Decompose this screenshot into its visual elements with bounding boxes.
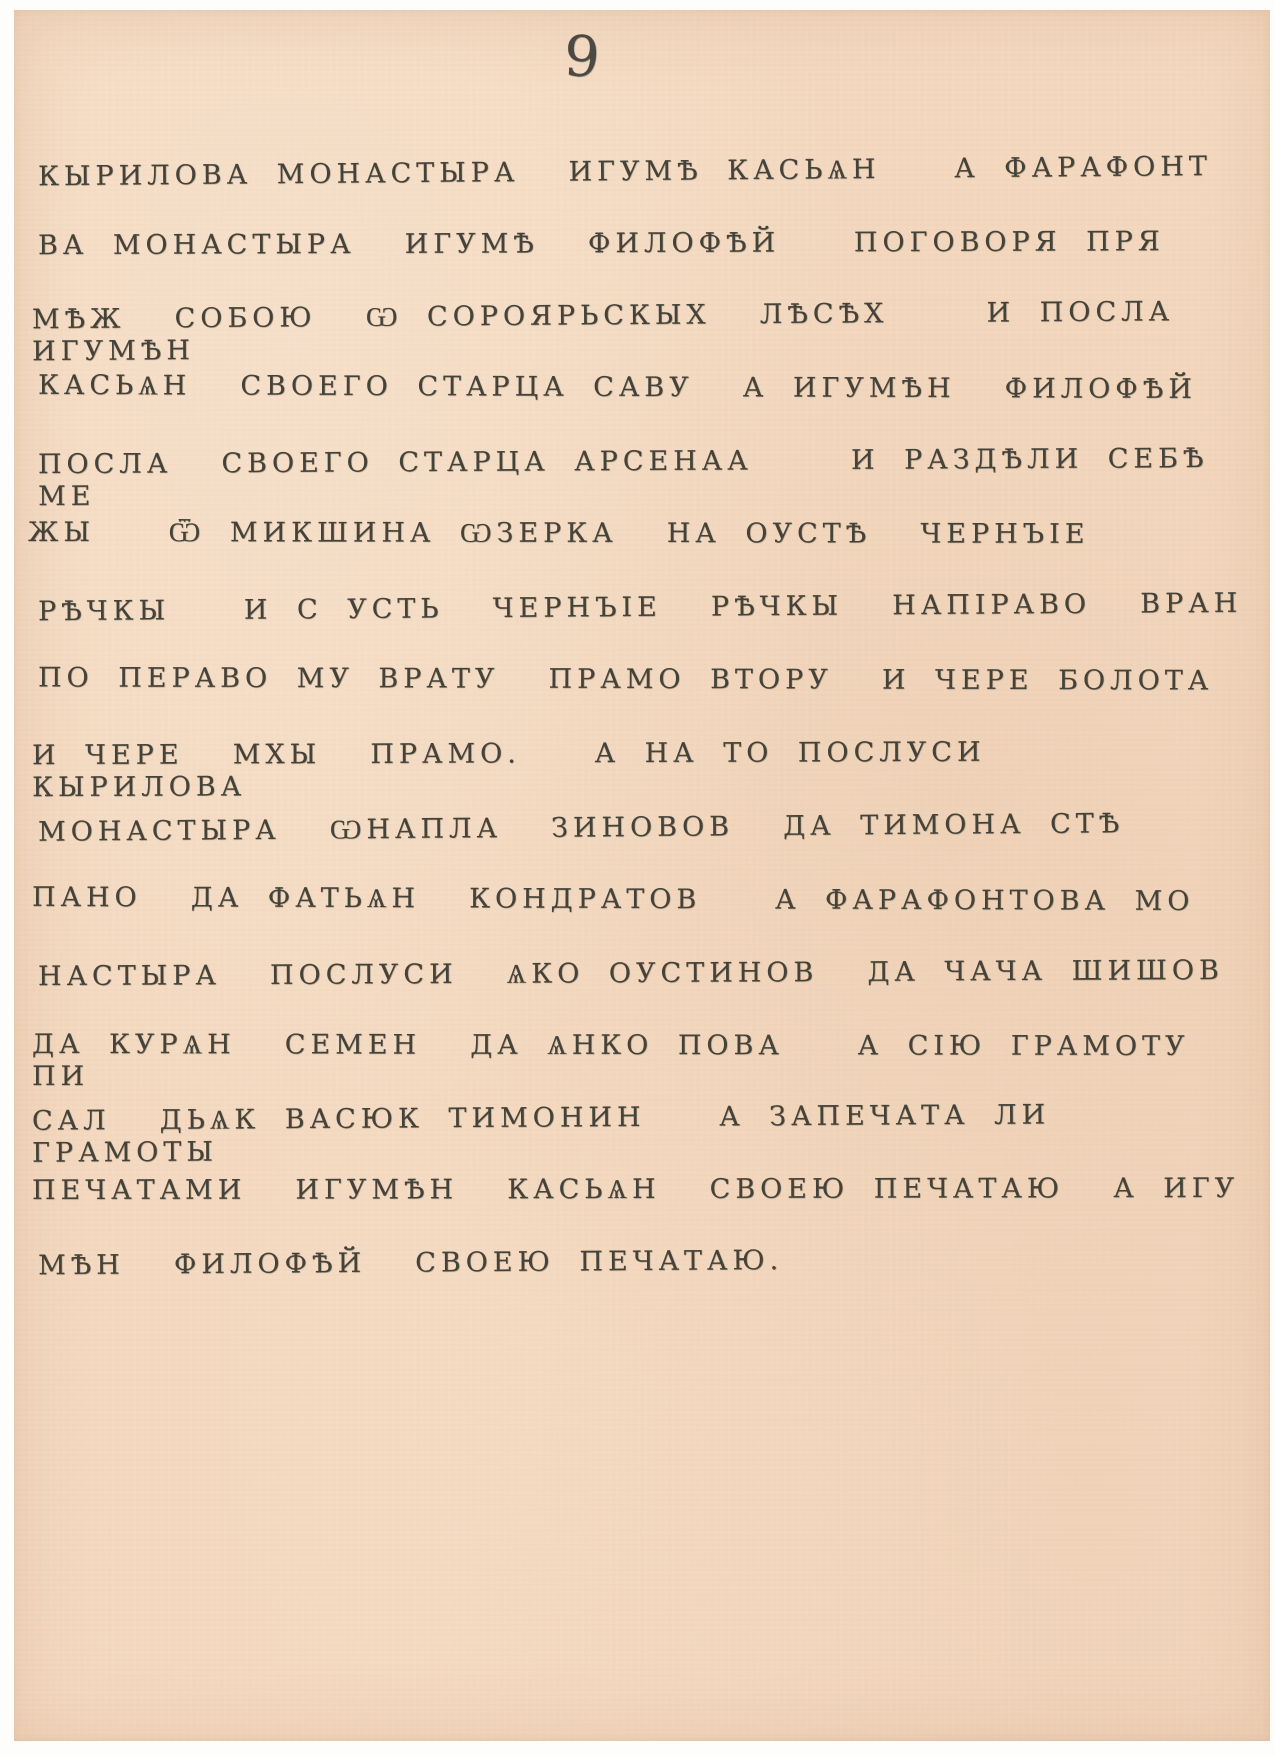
- manuscript-line: мѣж собою ѡ сороярьскых лѣсѣх и посла иг…: [32, 296, 1247, 369]
- manuscript-line: печатами игумѣн касьѧн своею печатаю а и…: [32, 1173, 1247, 1208]
- manuscript-line: ва монастыра игумѣ филофѣй поговоря пря: [38, 226, 1253, 263]
- manuscript-text-block: кырилова монастыра игумѣ касьѧн а фарафо…: [14, 10, 1270, 1741]
- manuscript-line: посла своего старца арсенаа и раздѣли се…: [38, 443, 1253, 514]
- manuscript-page: 9 кырилова монастыра игумѣ касьѧн а фара…: [14, 10, 1270, 1741]
- manuscript-line: касьѧн своего старца саву а игумѣн филоф…: [38, 370, 1253, 407]
- manuscript-line: монастыра ѡнапла зиновов да тимона стѣ: [38, 807, 1253, 849]
- manuscript-line: настыра послуси ѧко оустинов да чача шиш…: [38, 955, 1253, 994]
- manuscript-line: по пераво му врату прамо втору и чере бо…: [38, 662, 1253, 698]
- manuscript-line: жы ѿ микшина ѡзерка на оустѣ чернъіе: [28, 517, 1243, 552]
- manuscript-line: сал дьѧк васюк тимонин а запечата ли гра…: [32, 1098, 1247, 1170]
- manuscript-line: рѣчкы и с усть чернъіе рѣчкы напіраво вр…: [38, 588, 1253, 629]
- manuscript-line: мѣн филофѣй своею печатаю.: [38, 1242, 1253, 1283]
- scan-background: 9 кырилова монастыра игумѣ касьѧн а фара…: [0, 0, 1275, 1755]
- manuscript-line: да курѧн семен да ѧнко пова а сію грамот…: [32, 1029, 1247, 1096]
- manuscript-line: пано да фатьѧн кондратов а фарафонтова м…: [32, 882, 1247, 919]
- manuscript-line: кырилова монастыра игумѣ касьѧн а фарафо…: [38, 151, 1253, 194]
- manuscript-line: и чере мхы прамо. а на то послуси кырило…: [32, 736, 1247, 805]
